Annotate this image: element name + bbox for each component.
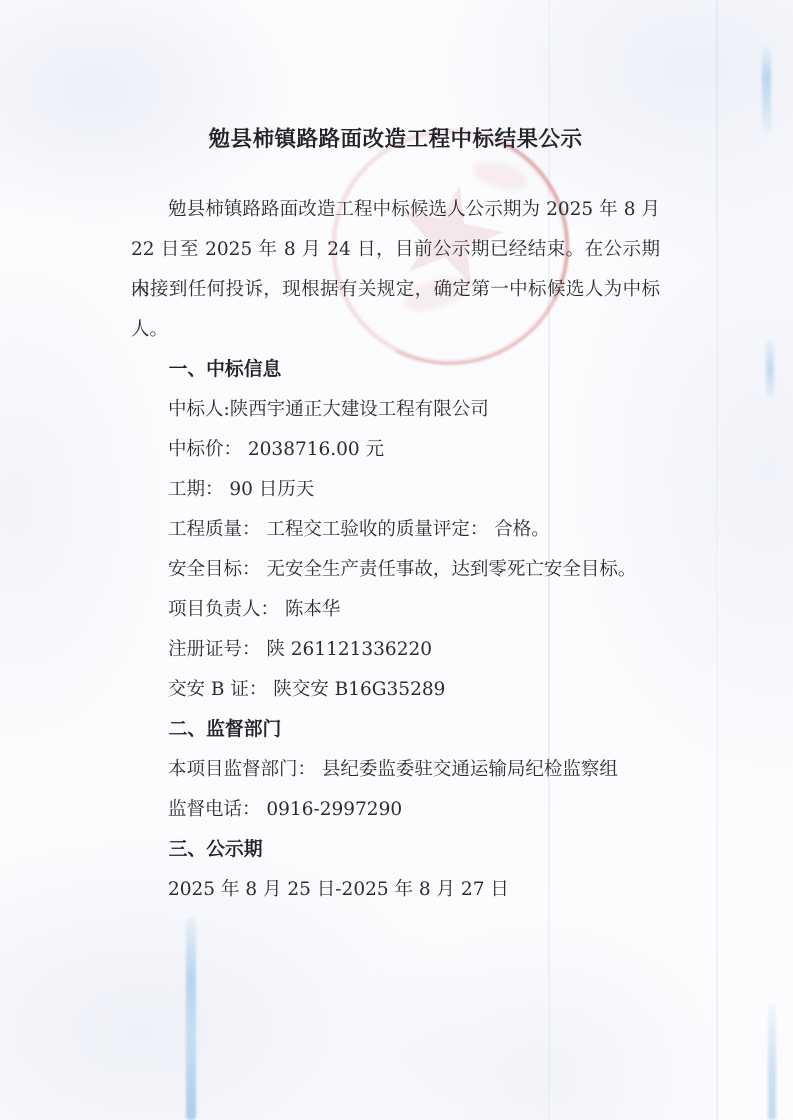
- detail-line-publicity-dates: 2025 年 8 月 25 日-2025 年 8 月 27 日: [131, 870, 660, 910]
- intro-line: 未接到任何投诉，现根据有关规定，确定第一中标候选人为中标: [131, 270, 660, 310]
- detail-line-supervision-phone: 监督电话： 0916-2997290: [131, 790, 660, 830]
- document-body: 勉县柿镇路路面改造工程中标候选人公示期为 2025 年 8 月 22 日至 20…: [131, 190, 660, 910]
- detail-line-safety-cert-b: 交安 B 证： 陕交安 B16G35289: [131, 670, 660, 710]
- detail-line-supervising-dept: 本项目监督部门： 县纪委监委驻交通运输局纪检监察组: [131, 750, 660, 790]
- detail-line-duration: 工期： 90 日历天: [131, 470, 660, 510]
- paper-fold-line: [716, 0, 718, 1120]
- detail-line-winner: 中标人:陕西宇通正大建设工程有限公司: [131, 390, 660, 430]
- intro-line: 人。: [131, 310, 660, 350]
- section-bid-info: 一、中标信息 中标人:陕西宇通正大建设工程有限公司 中标价： 2038716.0…: [131, 350, 660, 710]
- detail-line-project-manager: 项目负责人： 陈本华: [131, 590, 660, 630]
- section-heading: 二、监督部门: [131, 710, 660, 750]
- detail-line-bid-price: 中标价： 2038716.00 元: [131, 430, 660, 470]
- document-title: 勉县柿镇路路面改造工程中标结果公示: [131, 126, 660, 154]
- detail-line-safety-goal: 安全目标： 无安全生产责任事故，达到零死亡安全目标。: [131, 550, 660, 590]
- intro-line: 22 日至 2025 年 8 月 24 日，目前公示期已经结束。在公示期内: [131, 230, 660, 270]
- seal-ink-smudge: [470, 158, 530, 195]
- section-supervision: 二、监督部门 本项目监督部门： 县纪委监委驻交通运输局纪检监察组 监督电话： 0…: [131, 710, 660, 830]
- intro-paragraph: 勉县柿镇路路面改造工程中标候选人公示期为 2025 年 8 月 22 日至 20…: [131, 190, 660, 350]
- blue-scan-streak: [768, 1004, 776, 1120]
- blue-scan-streak: [766, 340, 774, 398]
- detail-line-reg-cert-no: 注册证号： 陕 261121336220: [131, 630, 660, 670]
- section-heading: 三、公示期: [131, 830, 660, 870]
- intro-line: 勉县柿镇路路面改造工程中标候选人公示期为 2025 年 8 月: [131, 190, 660, 230]
- blue-scan-streak: [186, 918, 196, 1120]
- detail-line-quality: 工程质量： 工程交工验收的质量评定： 合格。: [131, 510, 660, 550]
- section-publicity-period: 三、公示期 2025 年 8 月 25 日-2025 年 8 月 27 日: [131, 830, 660, 910]
- blue-scan-streak: [762, 46, 771, 134]
- scanned-document-page: 勉县柿镇路路面改造工程中标结果公示 勉县柿镇路路面改造工程中标候选人公示期为 2…: [0, 0, 793, 1120]
- section-heading: 一、中标信息: [131, 350, 660, 390]
